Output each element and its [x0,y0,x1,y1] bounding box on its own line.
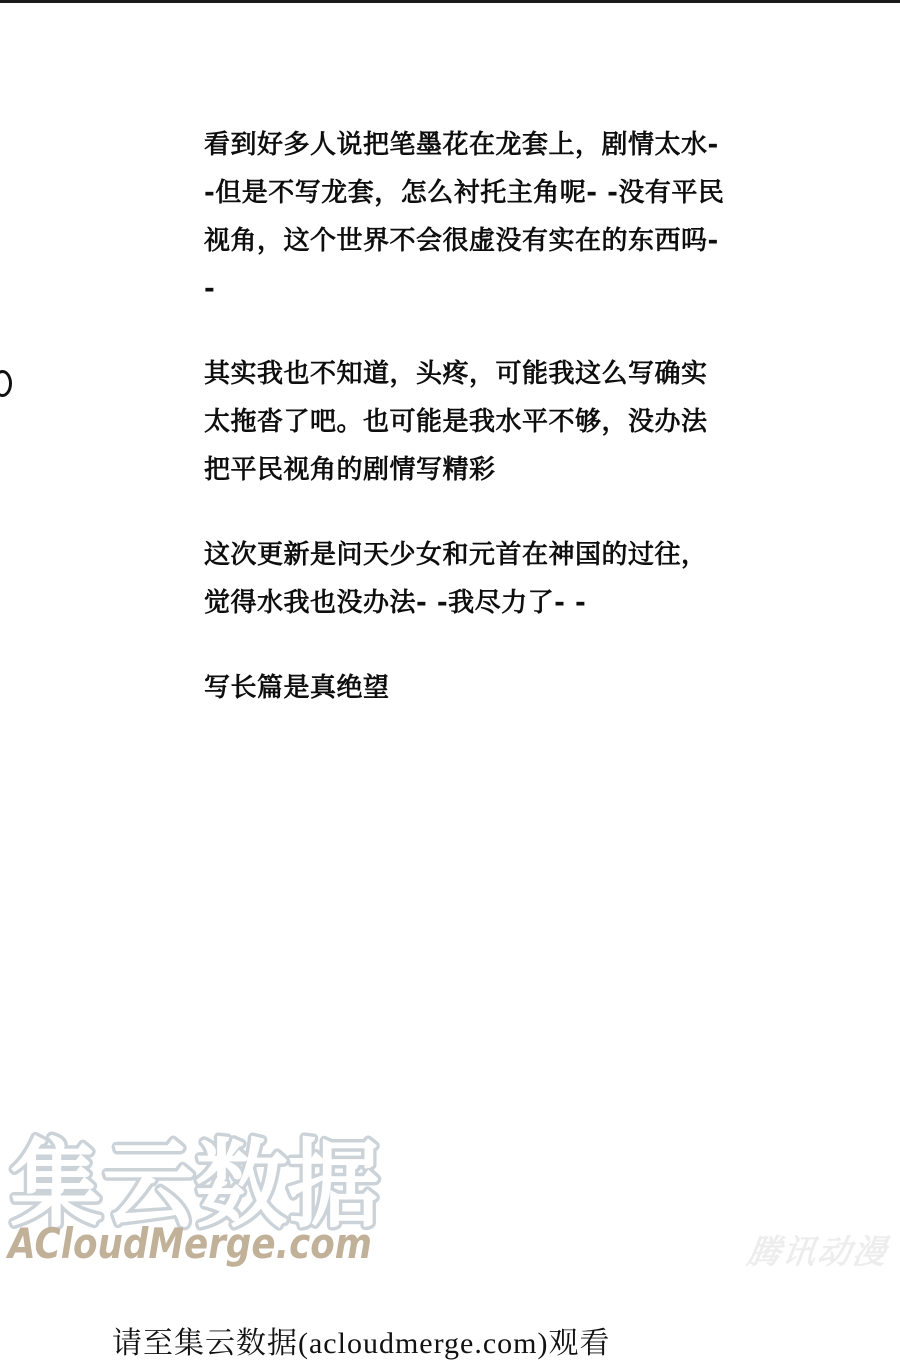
note-paragraph: 写长篇是真绝望 [204,664,729,712]
site-watermark: 集云数据 ACloudMerge.com [0,1112,480,1292]
panel-edge-strip [0,0,900,3]
clipped-edge-mark [0,370,12,397]
note-line: 其实我也不知道，头疼，可能我这么写确实 [204,350,729,398]
tencent-comics-watermark: 腾讯动漫 [745,1226,892,1273]
note-line: 写长篇是真绝望 [204,664,729,712]
note-line: 觉得水我也没办法- -我尽力了- - [204,579,729,627]
note-line: - [204,265,729,313]
note-line: -但是不写龙套，怎么衬托主角呢- -没有平民 [204,169,729,217]
note-line: 看到好多人说把笔墨花在龙套上，剧情太水- [204,121,729,169]
note-line: 太拖沓了吧。也可能是我水平不够，没办法 [204,398,729,446]
note-line: 视角，这个世界不会很虚没有实在的东西吗- [204,217,729,265]
note-paragraph: 看到好多人说把笔墨花在龙套上，剧情太水- -但是不写龙套，怎么衬托主角呢- -没… [204,121,729,313]
footer-notice: 请至集云数据(acloudmerge.com)观看 [112,1318,611,1362]
note-paragraph: 其实我也不知道，头疼，可能我这么写确实 太拖沓了吧。也可能是我水平不够，没办法 … [204,350,729,494]
note-paragraph: 这次更新是问天少女和元首在神国的过往， 觉得水我也没办法- -我尽力了- - [204,531,729,627]
author-note: 看到好多人说把笔墨花在龙套上，剧情太水- -但是不写龙套，怎么衬托主角呢- -没… [204,121,729,749]
note-line: 这次更新是问天少女和元首在神国的过往， [204,531,729,579]
note-line: 把平民视角的剧情写精彩 [204,446,729,494]
site-watermark-url: ACloudMerge.com [5,1219,372,1268]
